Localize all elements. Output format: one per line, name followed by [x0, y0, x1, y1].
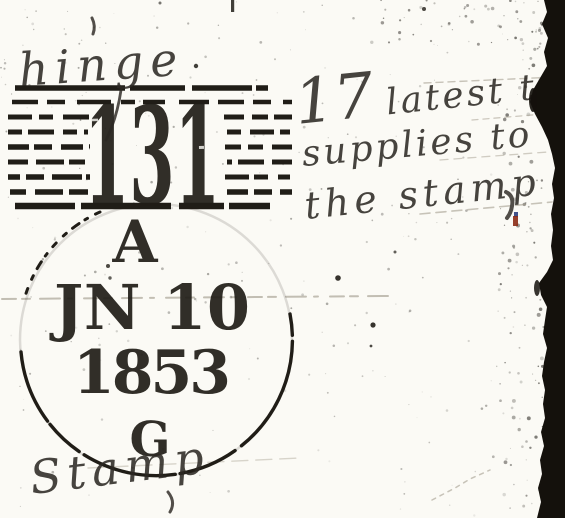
- paper-speckle: [512, 399, 516, 403]
- paper-speckle: [525, 495, 527, 497]
- paper-speckle: [496, 366, 497, 367]
- paper-speckle: [398, 31, 401, 34]
- paper-speckle: [54, 237, 56, 239]
- paper-speckle: [366, 312, 368, 314]
- paper-speckle: [452, 29, 453, 30]
- paper-speckle: [527, 416, 531, 420]
- paper-speckle: [290, 218, 292, 220]
- paper-speckle: [449, 505, 450, 506]
- paper-speckle: [75, 100, 76, 101]
- paper-speckle: [64, 28, 65, 29]
- paper-speckle: [253, 94, 255, 96]
- paper-speckle: [502, 493, 505, 496]
- ink-fleck-red: [513, 216, 518, 226]
- paper-speckle: [465, 15, 468, 18]
- paper-speckle: [528, 206, 530, 208]
- paper-speckle: [51, 106, 52, 107]
- ink-dot: [335, 275, 341, 281]
- paper-speckle: [372, 370, 374, 372]
- paper-speckle: [0, 67, 2, 69]
- paper-speckle: [514, 311, 516, 313]
- paper-speckle: [527, 480, 528, 481]
- paper-speckle: [408, 235, 410, 237]
- paper-speckle: [362, 375, 364, 377]
- paper-speckle: [526, 459, 527, 460]
- paper-speckle: [504, 317, 506, 319]
- ink-dot: [370, 322, 375, 327]
- paper-speckle: [538, 29, 541, 32]
- paper-speckle: [422, 277, 424, 279]
- paper-speckle: [447, 23, 450, 26]
- paper-speckle: [530, 213, 532, 215]
- paper-speckle: [537, 48, 539, 50]
- paper-speckle: [500, 283, 502, 285]
- paper-speckle: [317, 449, 319, 451]
- paper-speckle: [457, 253, 459, 255]
- edge-blob: [534, 280, 540, 296]
- paper-speckle: [3, 68, 5, 70]
- paper-speckle: [451, 218, 452, 219]
- paper-speckle: [253, 135, 255, 137]
- paper-speckle: [400, 508, 401, 509]
- paper-speckle: [30, 296, 32, 298]
- paper-speckle: [537, 313, 541, 317]
- paper-speckle: [441, 26, 443, 28]
- paper-speckle: [515, 261, 518, 264]
- paper-speckle: [525, 297, 527, 299]
- paper-speckle: [535, 380, 536, 381]
- paper-speckle: [525, 440, 528, 443]
- paper-speckle: [470, 20, 474, 24]
- paper-speckle: [17, 218, 19, 220]
- paper-speckle: [428, 442, 430, 444]
- paper-speckle: [259, 172, 260, 173]
- edge-tick-mark: [231, 0, 234, 12]
- paper-speckle: [42, 167, 45, 170]
- paper-speckle: [511, 274, 513, 276]
- paper-speckle: [404, 17, 405, 18]
- paper-speckle: [433, 44, 434, 45]
- paper-speckle: [4, 59, 5, 60]
- paper-speckle: [502, 33, 503, 34]
- paper-speckle: [522, 59, 523, 60]
- paper-speckle: [503, 15, 504, 16]
- paper-speckle: [347, 342, 349, 344]
- ink-dot: [422, 7, 426, 11]
- paper-speckle: [249, 348, 250, 349]
- paper-speckle: [305, 29, 306, 30]
- paper-speckle: [507, 267, 509, 269]
- paper-speckle: [501, 251, 504, 254]
- paper-speckle: [504, 460, 508, 464]
- paper-speckle: [491, 42, 492, 43]
- paper-speckle: [510, 448, 511, 449]
- paper-speckle: [446, 409, 449, 412]
- paper-speckle: [541, 179, 543, 181]
- paper-speckle: [499, 383, 501, 385]
- paper-speckle: [256, 79, 258, 81]
- paper-speckle: [540, 32, 543, 35]
- paper-speckle: [277, 12, 278, 13]
- paper-speckle: [235, 261, 238, 264]
- paper-speckle: [532, 374, 533, 375]
- paper-speckle: [529, 222, 530, 223]
- paper-speckle: [385, 376, 386, 377]
- paper-speckle: [420, 24, 422, 26]
- paper-speckle: [499, 399, 502, 402]
- paper-speckle: [218, 37, 220, 39]
- paper-speckle: [521, 445, 524, 448]
- paper-speckle: [464, 8, 465, 9]
- note-prefix: 17: [291, 58, 378, 139]
- paper-speckle: [213, 430, 214, 431]
- paper-speckle: [485, 405, 487, 407]
- paper-speckle: [517, 18, 518, 19]
- paper-speckle: [325, 373, 326, 374]
- paper-speckle: [519, 20, 522, 23]
- paper-speckle: [507, 39, 508, 40]
- paper-speckle: [535, 31, 537, 33]
- paper-speckle: [539, 299, 541, 301]
- paper-speckle: [536, 30, 537, 31]
- ink-dot: [106, 264, 110, 268]
- paper-speckle: [522, 265, 523, 266]
- ink-dot: [108, 276, 111, 279]
- paper-speckle: [290, 49, 291, 50]
- paper-speckle: [417, 417, 418, 418]
- paper-speckle: [510, 290, 511, 291]
- paper-speckle: [538, 46, 540, 48]
- paper-speckle: [531, 503, 533, 505]
- paper-speckle: [187, 22, 189, 24]
- paper-speckle: [408, 9, 411, 12]
- paper-speckle: [388, 41, 390, 43]
- paper-speckle: [517, 372, 520, 375]
- paper-speckle: [270, 219, 272, 221]
- paper-speckle: [468, 41, 470, 43]
- paper-speckle: [4, 62, 6, 64]
- paper-speckle: [518, 428, 521, 431]
- paper-speckle: [45, 330, 47, 332]
- paper-speckle: [236, 1, 237, 2]
- paper-speckle: [99, 27, 101, 29]
- paper-speckle: [538, 382, 540, 384]
- paper-speckle: [322, 332, 323, 333]
- ink-dot: [194, 64, 198, 68]
- paper-speckle: [491, 380, 492, 381]
- paper-speckle: [481, 407, 484, 410]
- paper-speckle: [529, 227, 531, 229]
- paper-speckle: [537, 1, 538, 2]
- paper-speckle: [259, 41, 262, 44]
- paper-speckle: [538, 366, 540, 368]
- annotation-word: hinge: [17, 32, 186, 97]
- paper-speckle: [366, 241, 368, 243]
- paper-speckle: [67, 11, 68, 12]
- paper-speckle: [492, 455, 495, 458]
- paper-speckle: [395, 304, 396, 305]
- paper-speckle: [484, 5, 487, 8]
- paper-speckle: [511, 407, 514, 410]
- paper-speckle: [242, 92, 244, 94]
- paper-speckle: [513, 247, 515, 249]
- paper-speckle: [161, 267, 164, 270]
- paper-speckle: [419, 6, 422, 9]
- paper-speckle: [26, 17, 28, 19]
- paper-speckle: [101, 418, 103, 420]
- datestamp-date: JN 10: [49, 271, 250, 344]
- paper-speckle: [354, 324, 356, 326]
- ink-dot: [159, 2, 162, 5]
- paper-speckle: [416, 222, 418, 224]
- paper-speckle: [23, 409, 25, 411]
- paper-speckle: [400, 468, 402, 470]
- datestamp-index-letter-top: A: [111, 208, 158, 276]
- paper-speckle: [303, 11, 305, 13]
- paper-speckle: [387, 268, 390, 271]
- paper-speckle: [500, 208, 501, 209]
- paper-speckle: [430, 40, 432, 42]
- paper-speckle: [381, 21, 384, 24]
- paper-speckle: [422, 391, 423, 392]
- paper-speckle: [322, 5, 323, 6]
- paper-speckle: [403, 236, 404, 237]
- paper-speckle: [64, 165, 65, 166]
- paper-speckle: [301, 293, 304, 296]
- paper-speckle: [524, 324, 526, 326]
- paper-speckle: [491, 7, 495, 11]
- paper-speckle: [228, 263, 230, 265]
- paper-speckle: [498, 311, 499, 312]
- paper-speckle: [1, 77, 2, 78]
- scanned-cover-fragment: 131 hinge 17 latest typ supplies to the …: [0, 0, 565, 518]
- paper-speckle: [79, 168, 80, 169]
- paper-speckle: [504, 225, 505, 226]
- paper-speckle: [431, 396, 432, 397]
- paper-speckle: [533, 48, 536, 51]
- paper-speckle: [370, 41, 373, 44]
- paper-speckle: [535, 256, 537, 258]
- paper-speckle: [5, 84, 7, 86]
- paper-speckle: [446, 52, 448, 54]
- paper-speckle: [526, 264, 528, 266]
- paper-speckle: [519, 347, 521, 349]
- paper-speckle: [539, 307, 543, 311]
- paper-speckle: [390, 74, 391, 75]
- paper-speckle: [412, 34, 414, 36]
- paper-speckle: [408, 404, 409, 405]
- paper-speckle: [303, 280, 304, 281]
- paper-speckle: [498, 288, 501, 291]
- paper-speckle: [511, 297, 512, 298]
- paper-speckle: [383, 17, 384, 18]
- paper-speckle: [450, 239, 452, 241]
- paper-speckle: [436, 222, 437, 223]
- paper-speckle: [523, 2, 525, 4]
- paper-speckle: [446, 222, 448, 224]
- paper-speckle: [508, 259, 512, 263]
- paper-speckle: [399, 19, 401, 21]
- paper-speckle: [513, 484, 515, 486]
- paper-speckle: [531, 229, 534, 232]
- paper-speckle: [513, 326, 515, 328]
- paper-speckle: [222, 163, 224, 165]
- paper-speckle: [257, 358, 259, 360]
- paper-speckle: [298, 152, 299, 153]
- paper-speckle: [510, 332, 512, 334]
- paper-speckle: [516, 252, 520, 256]
- paper-speckle: [20, 487, 22, 489]
- paper-speckle: [514, 37, 517, 40]
- paper-speckle: [352, 17, 355, 20]
- paper-speckle: [452, 485, 453, 486]
- paper-speckle: [204, 56, 207, 59]
- paper-speckle: [404, 481, 405, 482]
- paper-speckle: [534, 435, 537, 438]
- paper-speckle: [510, 464, 512, 466]
- paper-speckle: [19, 386, 20, 387]
- paper-speckle: [437, 45, 438, 46]
- edge-blob: [529, 88, 537, 112]
- paper-speckle: [529, 57, 532, 60]
- paper-speckle: [11, 93, 12, 94]
- paper-speckle: [468, 340, 470, 342]
- paper-speckle: [459, 16, 461, 18]
- paper-speckle: [487, 8, 490, 11]
- paper-speckle: [326, 303, 329, 306]
- paper-speckle: [522, 505, 525, 508]
- paper-speckle: [519, 418, 521, 420]
- paper-speckle: [328, 460, 330, 462]
- paper-speckle: [29, 373, 31, 375]
- paper-speckle: [333, 344, 336, 347]
- paper-speckle: [334, 416, 336, 418]
- paper-speckle: [505, 458, 507, 460]
- paper-speckle: [522, 42, 525, 45]
- paper-speckle: [10, 335, 12, 337]
- paper-speckle: [20, 506, 21, 507]
- paper-speckle: [532, 326, 535, 329]
- paper-speckle: [308, 374, 310, 376]
- paper-speckle: [227, 490, 230, 493]
- paper-speckle: [473, 514, 475, 516]
- paper-speckle: [290, 307, 292, 309]
- paper-speckle: [539, 42, 541, 44]
- paper-speckle: [515, 1, 517, 3]
- ink-dot: [394, 251, 397, 254]
- paper-speckle: [414, 238, 416, 240]
- paper-speckle: [113, 13, 114, 14]
- paper-speckle: [473, 8, 475, 10]
- paper-speckle: [82, 95, 83, 96]
- paper-speckle: [65, 33, 67, 35]
- paper-speckle: [42, 258, 44, 260]
- ink-dot: [370, 345, 373, 348]
- paper-speckle: [532, 11, 535, 14]
- paper-speckle: [25, 9, 26, 10]
- paper-speckle: [523, 50, 524, 51]
- paper-speckle: [509, 371, 511, 373]
- paper-speckle: [498, 272, 501, 275]
- paper-speckle: [23, 399, 24, 400]
- paper-speckle: [31, 23, 34, 26]
- paper-speckle: [210, 492, 211, 493]
- paper-speckle: [72, 123, 74, 125]
- paper-speckle: [531, 31, 533, 33]
- paper-speckle: [274, 58, 276, 60]
- paper-speckle: [403, 493, 405, 495]
- paper-speckle: [33, 29, 34, 30]
- paper-speckle: [409, 310, 412, 313]
- paper-speckle: [477, 43, 480, 46]
- paper-speckle: [526, 231, 527, 232]
- paper-speckle: [433, 2, 435, 4]
- paper-speckle: [466, 4, 469, 7]
- paper-speckle: [384, 9, 386, 11]
- scan-canvas: 131 hinge 17 latest typ supplies to the …: [0, 0, 565, 518]
- paper-speckle: [520, 381, 523, 384]
- paper-speckle: [5, 131, 7, 133]
- paper-speckle: [27, 107, 28, 108]
- paper-speckle: [504, 362, 506, 364]
- paper-speckle: [327, 392, 329, 394]
- paper-speckle: [529, 447, 531, 449]
- paper-speckle: [153, 15, 155, 17]
- datestamp-year: 1853: [73, 338, 231, 408]
- paper-speckle: [540, 356, 544, 360]
- paper-speckle: [509, 507, 511, 509]
- paper-speckle: [156, 26, 158, 28]
- paper-speckle: [248, 378, 250, 380]
- paper-speckle: [474, 471, 476, 473]
- paper-speckle: [80, 119, 82, 121]
- paper-speckle: [515, 10, 518, 13]
- paper-speckle: [280, 244, 282, 246]
- paper-speckle: [533, 242, 535, 244]
- paper-speckle: [218, 25, 219, 26]
- paper-speckle: [8, 197, 9, 198]
- paper-speckle: [520, 38, 523, 41]
- paper-speckle: [499, 25, 502, 28]
- paper-speckle: [35, 10, 37, 12]
- paper-speckle: [512, 416, 516, 420]
- paper-speckle: [502, 412, 504, 414]
- paper-speckle: [32, 227, 33, 228]
- paper-speckle: [542, 397, 543, 398]
- paper-speckle: [398, 38, 401, 41]
